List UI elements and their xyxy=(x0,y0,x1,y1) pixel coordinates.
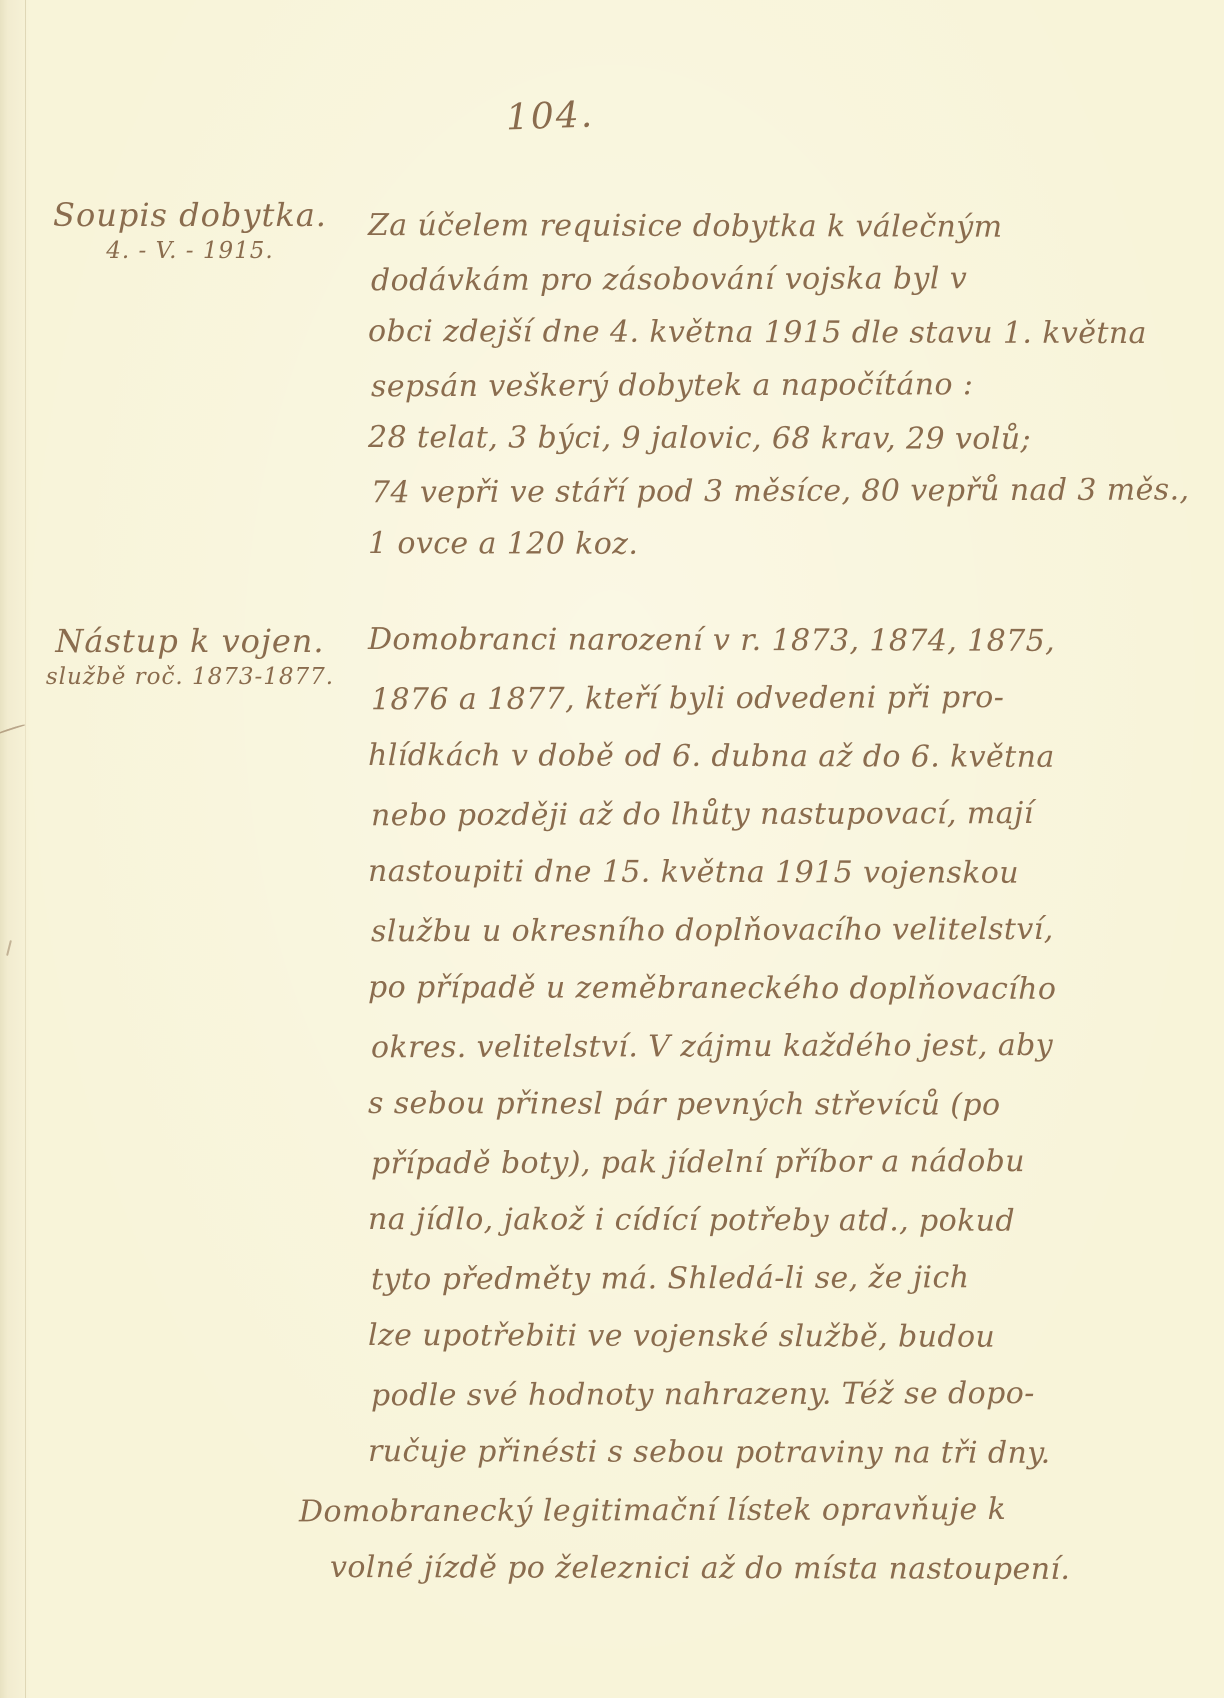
handwritten-line: okres. velitelství. V zájmu každého jest… xyxy=(371,1017,1111,1078)
handwritten-line: nastoupiti dne 15. května 1915 vojenskou xyxy=(368,843,1108,903)
page-number: 104. xyxy=(0,77,1100,156)
handwritten-line: nebo později až do lhůty nastupovací, ma… xyxy=(371,785,1111,846)
handwritten-line: lze upotřebiti ve vojenské službě, budou xyxy=(368,1307,1108,1367)
handwritten-line: 1 ovce a 120 koz. xyxy=(368,517,1108,572)
margin-note-title: Soupis dobytka. xyxy=(30,196,350,234)
margin-note-livestock-census: Soupis dobytka. 4. - V. - 1915. xyxy=(30,196,350,264)
paragraph-livestock-census: Za účelem requisice dobytka k válečným d… xyxy=(368,200,1108,571)
margin-note-date: 4. - V. - 1915. xyxy=(30,238,350,264)
margin-note-years: službě roč. 1873-1877. xyxy=(30,664,350,690)
margin-note-military-service: Nástup k vojen. službě roč. 1873-1877. xyxy=(30,622,350,690)
stray-ink-mark xyxy=(0,723,26,735)
handwritten-line: obci zdejší dne 4. května 1915 dle stavu… xyxy=(368,305,1108,360)
manuscript-page: 104. Soupis dobytka. 4. - V. - 1915. Za … xyxy=(0,0,1224,1698)
page-edge-crease xyxy=(25,0,26,1698)
handwritten-line: sepsán veškerý dobytek a napočítáno : xyxy=(371,358,1111,414)
handwritten-line: Za účelem requisice dobytka k válečným xyxy=(368,199,1108,254)
handwritten-line: službu u okresního doplňovacího velitels… xyxy=(371,901,1111,962)
handwritten-line: hlídkách v době od 6. dubna až do 6. kvě… xyxy=(368,727,1108,787)
handwritten-line: Domobranci narození v r. 1873, 1874, 187… xyxy=(368,611,1108,671)
stray-ink-mark xyxy=(6,940,12,956)
handwritten-line: s sebou přinesl pár pevných střevíců (po xyxy=(368,1075,1108,1135)
handwritten-line: volné jízdě po železnici až do místa nas… xyxy=(330,1539,1108,1599)
handwritten-line: dodávkám pro zásobování vojska byl v xyxy=(371,252,1111,308)
handwritten-line: 74 vepři ve stáří pod 3 měsíce, 80 vepřů… xyxy=(371,464,1111,520)
paragraph-military-enlistment: Domobranci narození v r. 1873, 1874, 187… xyxy=(368,612,1108,1598)
handwritten-line: po případě u zeměbraneckého doplňovacího xyxy=(368,959,1108,1019)
handwritten-line: na jídlo, jakož i cídící potřeby atd., p… xyxy=(368,1191,1108,1251)
handwritten-line: podle své hodnoty nahrazeny. Též se dopo… xyxy=(371,1365,1111,1426)
handwritten-line: ručuje přinésti s sebou potraviny na tři… xyxy=(368,1423,1108,1483)
handwritten-line: Domobranecký legitimační lístek opravňuj… xyxy=(299,1481,1111,1542)
handwritten-line: případě boty), pak jídelní příbor a nádo… xyxy=(371,1133,1111,1194)
margin-note-title: Nástup k vojen. xyxy=(30,622,350,660)
handwritten-line: tyto předměty má. Shledá-li se, že jich xyxy=(371,1249,1111,1310)
handwritten-line: 1876 a 1877, kteří byli odvedeni při pro… xyxy=(371,669,1111,730)
handwritten-line: 28 telat, 3 býci, 9 jalovic, 68 krav, 29… xyxy=(368,411,1108,466)
